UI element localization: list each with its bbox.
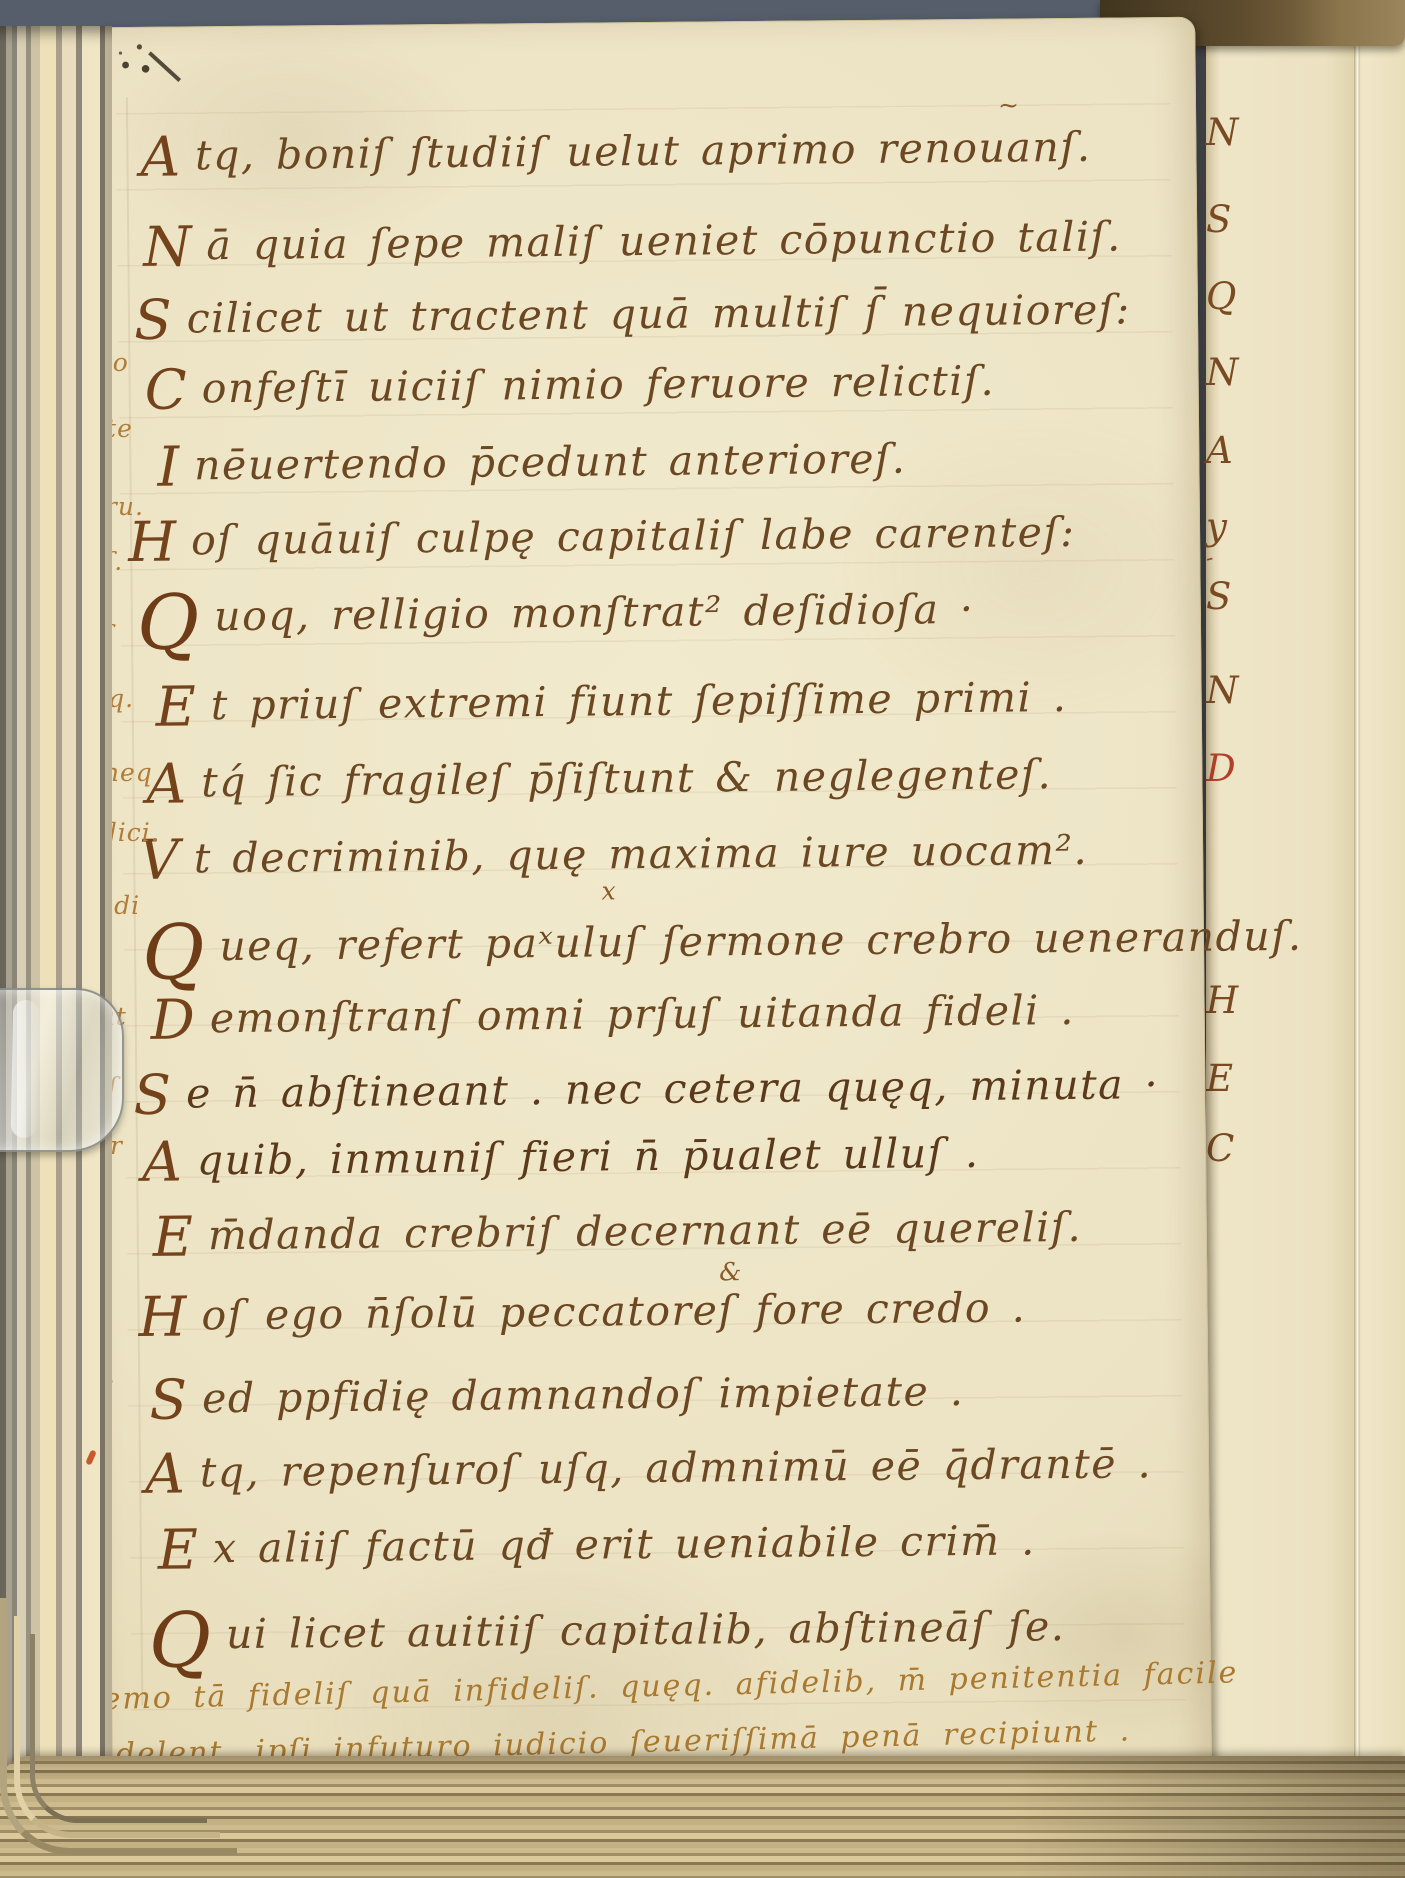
verse-text: cilicet ut tractent quā multiſ ſ̄ nequio…: [186, 285, 1131, 342]
manuscript-page: Atq, boniſ ſtudiiſ uelut aprimo renouanſ…: [95, 17, 1213, 1865]
verse-text: tq́ ſic fragileſ p̄ſiſtunt & neglegenteſ…: [201, 750, 1052, 806]
next-page-initial-letter: N: [1206, 354, 1238, 391]
next-page-initial-letter: y: [1206, 508, 1227, 545]
verse-text: t decriminib, quę maxima iure uocam².: [194, 826, 1089, 883]
verse-text: ed ppfidię damnandoſ impietate .: [202, 1367, 965, 1422]
verse-text: ui licet auitiiſ capitalib, abſtineāſ ſe…: [226, 1602, 1066, 1658]
verse-text: m̄danda crebriſ decernant eē quereliſ.: [208, 1203, 1082, 1259]
verse-text: ueq, refert paˣuluſ ſermone crebro uener…: [219, 912, 1303, 970]
verse-line: Atq, boniſ ſtudiiſ uelut aprimo renouanſ…: [140, 121, 1092, 185]
verse-initial: D: [150, 992, 195, 1047]
verse-text: uoq, relligio monſtrat² deſidioſa ·: [214, 585, 975, 640]
verse-line: Hoſ ego n̄ſolū peccatoreſ fore credo .: [138, 1281, 1026, 1345]
next-page-initial-letter: C: [1206, 1130, 1234, 1167]
page-edge-corner-arc: [30, 1634, 207, 1823]
verse-initial: S: [149, 1373, 187, 1428]
next-page-initial-letter: H: [1206, 982, 1238, 1019]
verse-text: oſ quāuiſ culpę capitaliſ labe carenteſ:: [191, 508, 1076, 564]
verse-text: x aliiſ factū qđ erit ueniabile crim̄ .: [213, 1516, 1036, 1572]
manuscript-photo: N S Q N A y - S N D H E: [0, 0, 1405, 1878]
verse-text: emonſtranſ omni prſuſ uitanda fideli .: [210, 986, 1075, 1042]
verse-text: ā quia ſepe maliſ ueniet cōpunctio taliſ…: [206, 212, 1122, 269]
verse-initial: A: [140, 130, 180, 185]
verse-initial: A: [145, 1447, 185, 1502]
verse-initial: V: [139, 833, 179, 888]
verse-text: oſ ego n̄ſolū peccatoreſ fore credo .: [201, 1283, 1026, 1339]
interlinear-mark: x: [601, 878, 615, 903]
verse-initial: Q: [142, 914, 205, 991]
verse-text: tq, boniſ ſtudiiſ uelut aprimo renouanſ.: [195, 123, 1092, 180]
verse-line: Quoq, relligio monſtrat² deſidioſa ·: [137, 577, 975, 661]
verse-line: Et priuſ extremi fiunt ſepiſſime primi .: [155, 671, 1067, 735]
next-page-initial-letter: N: [1206, 114, 1238, 151]
verse-text: e n̄ abſtineant . nec cetera quęq, minut…: [186, 1060, 1159, 1117]
verse-text: t priuſ extremi fiunt ſepiſſime primi .: [211, 673, 1068, 729]
verse-initial: C: [144, 362, 187, 417]
verse-initial: Q: [137, 584, 200, 661]
page-fold: [1354, 30, 1360, 1878]
verse-text: tq, repenſuroſ uſq, admnimū eē q̄drantē …: [200, 1439, 1153, 1496]
verse-initial: N: [143, 219, 192, 274]
next-page-initial-letter: Q: [1206, 278, 1236, 315]
next-page-initial-letter: A: [1206, 432, 1233, 469]
verse-line: Aquib, inmuniſ fieri n̄ p̄ualet ulluſ .: [142, 1127, 980, 1190]
verse-line: Confeſtī uiciiſ nimio feruore relictiſ.: [144, 355, 995, 418]
verse-initial: A: [142, 1135, 182, 1190]
verse-initial: E: [153, 1209, 194, 1264]
verse-line: Ex aliiſ factū qđ erit ueniabile crim̄ .: [158, 1514, 1036, 1577]
verse-text: quib, inmuniſ fieri n̄ p̄ualet ulluſ .: [197, 1129, 980, 1185]
next-page-initial-letter: S: [1206, 201, 1231, 238]
verse-text: onfeſtī uiciiſ nimio feruore relictiſ.: [202, 357, 996, 413]
verse-initial: E: [155, 679, 196, 734]
verse-line: Em̄danda crebriſ decernant eē quereliſ.: [153, 1201, 1083, 1265]
next-page-initial-letter: D: [1206, 750, 1236, 787]
verse-line: Inēuertendo p̄cedunt anterioreſ.: [157, 433, 906, 495]
verse-initial: H: [138, 1290, 186, 1345]
next-page-initial-letter: S: [1206, 578, 1231, 615]
next-page-initial-letter: E: [1206, 1060, 1233, 1097]
transparent-clip: [0, 988, 124, 1152]
verse-initial: I: [157, 440, 179, 495]
verse-line: Scilicet ut tractent quā multiſ ſ̄ nequi…: [134, 283, 1131, 348]
verse-initial: H: [128, 515, 176, 570]
verse-line: Nā quia ſepe maliſ ueniet cōpunctio tali…: [143, 210, 1122, 274]
verse-line: Sed ppfidię damnandoſ impietate .: [149, 1365, 964, 1428]
verse-line: Queq, refert paˣuluſ ſermone crebro uene…: [142, 904, 1303, 991]
verse-line: Atq, repenſuroſ uſq, admnimū eē q̄drantē…: [145, 1437, 1152, 1502]
verse-line: Se n̄ abſtineant . nec cetera quęq, minu…: [133, 1058, 1159, 1123]
verse-line: Atq́ ſic fragileſ p̄ſiſtunt & neglegente…: [146, 748, 1052, 812]
verse-text: nēuertendo p̄cedunt anterioreſ.: [194, 435, 907, 490]
verse-initial: S: [133, 1068, 171, 1123]
clip-glare: [11, 1000, 39, 1138]
verse-initial: E: [158, 1522, 199, 1577]
ink-blot: [117, 36, 202, 99]
verse-initial: A: [146, 756, 186, 811]
verse-initial: S: [134, 293, 172, 348]
next-page-initial-letter: -: [1203, 547, 1216, 570]
verse-line: Demonſtranſ omni prſuſ uitanda fideli .: [150, 984, 1075, 1048]
next-page-initial-letter: N: [1206, 672, 1238, 709]
interlinear-mark: &: [719, 1259, 742, 1284]
verse-line: Hoſ quāuiſ culpę capitaliſ labe carenteſ…: [128, 506, 1076, 570]
interlinear-mark: ~: [998, 92, 1019, 117]
